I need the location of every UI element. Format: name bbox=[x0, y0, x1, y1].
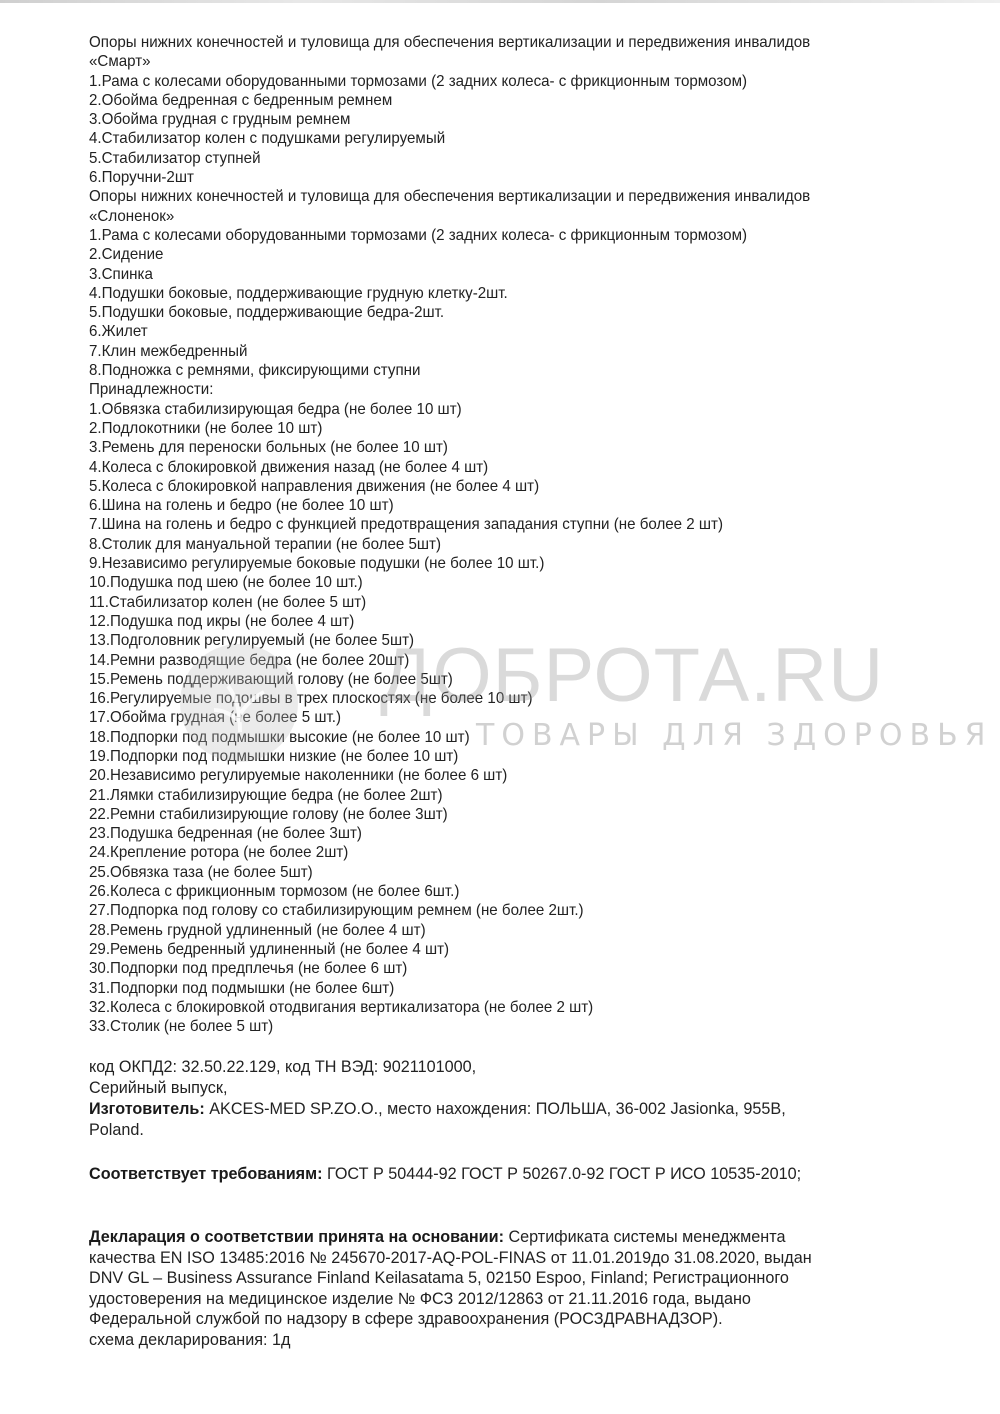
list-item: 29.Ремень бедренный удлиненный (не более… bbox=[89, 940, 943, 959]
list-item: 16.Регулируемые подошвы в трех плоскостя… bbox=[89, 689, 943, 708]
list-item: 15.Ремень поддерживающий голову (не боле… bbox=[89, 670, 943, 689]
list-item: 26.Колеса с фрикционным тормозом (не бол… bbox=[89, 882, 943, 901]
section-slonenok-heading: Опоры нижних конечностей и туловища для … bbox=[89, 187, 943, 206]
list-item: 25.Обвязка таза (не более 5шт) bbox=[89, 863, 943, 882]
list-item: 4.Подушки боковые, поддерживающие грудну… bbox=[89, 284, 943, 303]
declaration-line-2: качества EN ISO 13485:2016 № 245670-2017… bbox=[89, 1248, 969, 1269]
declaration-line-1: Декларация о соответствии принята на осн… bbox=[89, 1227, 969, 1248]
compliance-line: Соответствует требованиям: ГОСТ Р 50444-… bbox=[89, 1164, 969, 1185]
declaration-line-4: удостоверения на медицинское изделие № Ф… bbox=[89, 1289, 969, 1310]
scan-edge bbox=[0, 0, 1000, 3]
list-item: 9.Независимо регулируемые боковые подушк… bbox=[89, 554, 943, 573]
section-smart-heading: Опоры нижних конечностей и туловища для … bbox=[89, 33, 943, 52]
list-item: 6.Жилет bbox=[89, 322, 943, 341]
list-item: 30.Подпорки под предплечья (не более 6 ш… bbox=[89, 959, 943, 978]
manufacturer-text: AKCES-MED SP.ZO.O., место нахождения: ПО… bbox=[205, 1100, 786, 1118]
list-item: 4.Колеса с блокировкой движения назад (н… bbox=[89, 458, 943, 477]
list-item: 2.Сидение bbox=[89, 245, 943, 264]
list-item: 5.Подушки боковые, поддерживающие бедра-… bbox=[89, 303, 943, 322]
codes-block: код ОКПД2: 32.50.22.129, код ТН ВЭД: 902… bbox=[89, 1057, 969, 1141]
list-item: 8.Столик для мануальной терапии (не боле… bbox=[89, 535, 943, 554]
list-item: 8.Подножка с ремнями, фиксирующими ступн… bbox=[89, 361, 943, 380]
list-item: 3.Ремень для переноски больных (не более… bbox=[89, 438, 943, 457]
list-item: 1.Рама с колесами оборудованными тормоза… bbox=[89, 226, 943, 245]
list-item: 21.Лямки стабилизирующие бедра (не более… bbox=[89, 786, 943, 805]
list-item: 19.Подпорки под подмышки низкие (не боле… bbox=[89, 747, 943, 766]
list-item: 33.Столик (не более 5 шт) bbox=[89, 1017, 943, 1036]
list-item: 10.Подушка под шею (не более 10 шт.) bbox=[89, 573, 943, 592]
okpd-code-line: код ОКПД2: 32.50.22.129, код ТН ВЭД: 902… bbox=[89, 1057, 969, 1078]
list-item: 5.Стабилизатор ступней bbox=[89, 149, 943, 168]
list-item: 27.Подпорка под голову со стабилизирующи… bbox=[89, 901, 943, 920]
list-item: 23.Подушка бедренная (не более 3шт) bbox=[89, 824, 943, 843]
declaration-text-1: Сертификата системы менеджмента bbox=[504, 1228, 786, 1246]
list-item: 1.Рама с колесами оборудованными тормоза… bbox=[89, 72, 943, 91]
list-item: 12.Подушка под икры (не более 4 шт) bbox=[89, 612, 943, 631]
list-item: 20.Независимо регулируемые наколенники (… bbox=[89, 766, 943, 785]
list-item: 28.Ремень грудной удлиненный (не более 4… bbox=[89, 921, 943, 940]
manufacturer-country: Poland. bbox=[89, 1120, 969, 1141]
list-item: 5.Колеса с блокировкой направления движе… bbox=[89, 477, 943, 496]
list-item: 13.Подголовник регулируемый (не более 5ш… bbox=[89, 631, 943, 650]
list-item: 6.Поручни-2шт bbox=[89, 168, 943, 187]
manufacturer-label: Изготовитель: bbox=[89, 1100, 205, 1118]
section-smart-model: «Смарт» bbox=[89, 52, 943, 71]
list-item: 2.Подлокотники (не более 10 шт) bbox=[89, 419, 943, 438]
list-item: 7.Шина на голень и бедро с функцией пред… bbox=[89, 515, 943, 534]
compliance-block: Соответствует требованиям: ГОСТ Р 50444-… bbox=[89, 1164, 969, 1185]
list-item: 17.Обойма грудная (не более 5 шт.) bbox=[89, 708, 943, 727]
list-item: 14.Ремни разводящие бедра (не более 20шт… bbox=[89, 651, 943, 670]
section-smart-items: 1.Рама с колесами оборудованными тормоза… bbox=[89, 72, 969, 188]
declaration-line-3: DNV GL – Business Assurance Finland Keil… bbox=[89, 1268, 969, 1289]
manufacturer-line: Изготовитель: AKCES-MED SP.ZO.O., место … bbox=[89, 1099, 969, 1120]
declaration-scheme: схема декларирования: 1д bbox=[89, 1330, 969, 1351]
list-item: 18.Подпорки под подмышки высокие (не бол… bbox=[89, 728, 943, 747]
document-page: Опоры нижних конечностей и туловища для … bbox=[0, 0, 1000, 1414]
list-item: 2.Обойма бедренная с бедренным ремнем bbox=[89, 91, 943, 110]
list-item: 22.Ремни стабилизирующие голову (не боле… bbox=[89, 805, 943, 824]
compliance-label: Соответствует требованиям: bbox=[89, 1165, 322, 1183]
list-item: 31.Подпорки под подмышки (не более 6шт) bbox=[89, 979, 943, 998]
list-item: 24.Крепление ротора (не более 2шт) bbox=[89, 843, 943, 862]
list-item: 32.Колеса с блокировкой отодвигания верт… bbox=[89, 998, 943, 1017]
list-item: 6.Шина на голень и бедро (не более 10 шт… bbox=[89, 496, 943, 515]
accessories-heading: Принадлежности: bbox=[89, 380, 943, 399]
list-item: 7.Клин межбедренный bbox=[89, 342, 943, 361]
list-item: 11.Стабилизатор колен (не более 5 шт) bbox=[89, 593, 943, 612]
section-slonenok-model: «Слоненок» bbox=[89, 207, 943, 226]
compliance-standards: ГОСТ Р 50444-92 ГОСТ Р 50267.0-92 ГОСТ Р… bbox=[322, 1165, 801, 1183]
list-item: 1.Обвязка стабилизирующая бедра (не боле… bbox=[89, 400, 943, 419]
declaration-block: Декларация о соответствии принята на осн… bbox=[89, 1227, 969, 1351]
accessories-items: 1.Обвязка стабилизирующая бедра (не боле… bbox=[89, 400, 969, 1037]
list-item: 3.Обойма грудная с грудным ремнем bbox=[89, 110, 943, 129]
declaration-line-5: Федеральной службой по надзору в сфере з… bbox=[89, 1309, 969, 1330]
list-item: 4.Стабилизатор колен с подушками регулир… bbox=[89, 129, 943, 148]
specification-list: Опоры нижних конечностей и туловища для … bbox=[89, 33, 969, 1036]
serial-production: Серийный выпуск, bbox=[89, 1078, 969, 1099]
declaration-label: Декларация о соответствии принята на осн… bbox=[89, 1228, 504, 1246]
section-slonenok-items: 1.Рама с колесами оборудованными тормоза… bbox=[89, 226, 969, 380]
list-item: 3.Спинка bbox=[89, 265, 943, 284]
